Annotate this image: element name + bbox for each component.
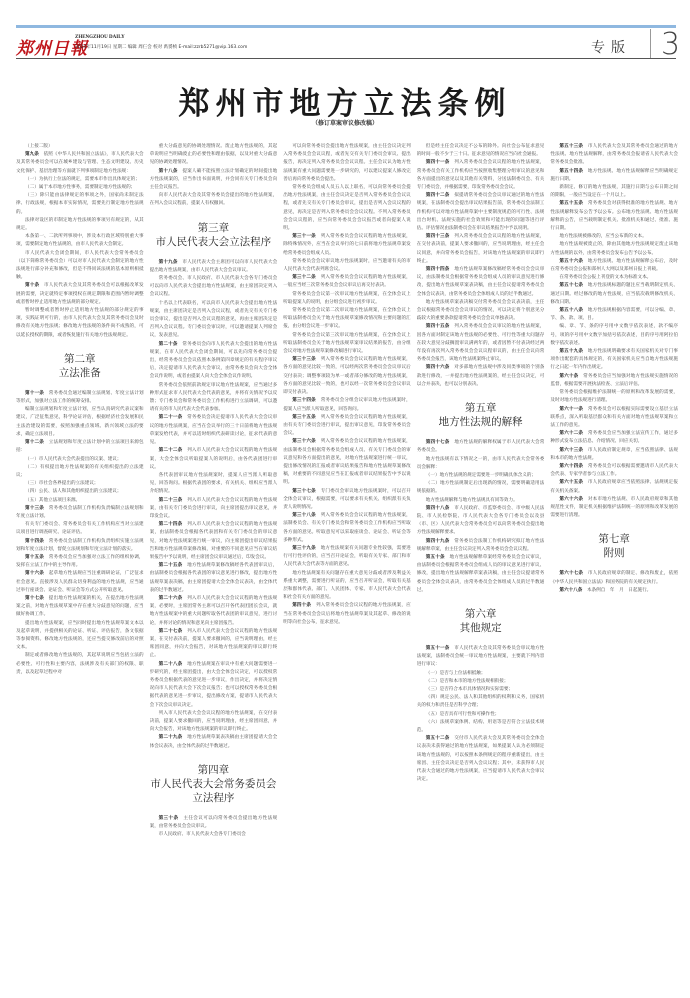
article-paragraph: 地方性法规被修改的，应当公布新的文本。 (550, 233, 678, 241)
article-paragraph: 第六十条 常务委员会应当加强对地方性法规实施情况的监督，根据需要开展执法检查、立… (550, 373, 678, 389)
article-text: 本条第一、二款所列事项中，涉及本行政区域特别重大事项，需要制定地方性法规的，由市… (16, 234, 144, 247)
masthead: 郑州日報 ZHENGZHOU DAILY 2024年11月19日 星期二 编辑 … (16, 29, 676, 59)
article-paragraph: 第四十六条 对多部地方性法规中涉及同类事项的个别条款进行修改，一并提出地方性法规… (417, 364, 545, 389)
article-paragraph: （一）地方性法规的规定需要进一步明确具体含义的； (417, 472, 545, 480)
article-paragraph: （一）为执行上位法的规定，需要本市作出具体规定的； (16, 176, 144, 184)
article-text: 可以向常务委员会提出地方性法规案，由主任会议决定列入常务委员会会议议程，或者先交… (283, 144, 411, 182)
article-number: 第二十四条 (159, 522, 188, 527)
article-text: 常务委员会会议第三次审议地方性法规案，在全体会议上听取法制委员会关于地方性法规草… (283, 333, 411, 354)
article-number: 第六十四条 (559, 464, 588, 469)
article-text: 常务委员会会议第二次审议地方性法规案，在全体会议上听取法制委员会关于地方性法规草… (283, 308, 411, 329)
article-paragraph: 第五十九条 地方性法规明确要求有关国家机关对专门事项作出配套的具体规定的，有关国… (550, 348, 678, 373)
article-number: 第十九条 (159, 260, 183, 265)
article-number: 第三十八条 (292, 513, 321, 518)
article-number: 第三十七条 (292, 489, 321, 494)
article-paragraph: 第十九条 市人民代表大会主席团可以向市人民代表大会提出地方性法规案，由市人民代表… (150, 259, 278, 275)
article-text: 常务委员会根据维护法制统一的原则和改革发展的需要，及时对地方性法规进行清理。 (550, 390, 678, 403)
article-paragraph: （三）市社会各界提出的立法建议； (16, 480, 144, 488)
article-paragraph: 第二十六条 列入市人民代表大会会议议程的地方性法规案，必要时，主席团常务主席可以… (150, 595, 278, 628)
article-text: 各代表团审议地方性法规案时，提案人应当派人听取意见，回答询问。根据代表团的要求，… (150, 473, 278, 494)
article-number: 第三十二条 (292, 275, 321, 280)
article-number: 第六十六条 (559, 497, 588, 502)
article-text: （三）是否符合本市具体情况和实际需要； (426, 687, 513, 692)
article-number: 第五十七条 (559, 283, 588, 288)
article-text: （一）是否与上位法相抵触； (426, 671, 486, 676)
article-paragraph: 第五十八条 地方性法规根据内容需要，可以分编、章、节、条、款、项、目。 (550, 307, 678, 323)
chapter-number: 第四章 (150, 763, 278, 777)
article-paragraph: 第二十条 常务委员会向市人民代表大会提出的地方性法规案，在市人民代表大会闭会期间… (150, 341, 278, 382)
article-paragraph: 有关专门委员会、常务委员会有关工作机构应当对立法建议项目进行调查研究、论证评估。 (16, 521, 144, 537)
article-number: 第五十八条 (559, 308, 588, 313)
article-paragraph: 第二十九条 地方性法规草案表决稿由主席团提请大会全体会议表决，由全体代表的过半数… (150, 734, 278, 750)
article-number: 第六十二条 (559, 431, 588, 436)
article-paragraph: 第二十五条 地方性法规草案修改稿经各代表团审议后，由法制委员会根据各代表团的审议… (150, 562, 278, 595)
article-text: （三）市社会各界提出的立法建议； (25, 481, 99, 486)
article-text: 十名以上代表联名，可以向市人民代表大会提出地方性法规案，由主席团决定是否列入会议… (150, 301, 278, 339)
article-paragraph: 第五十五条 常务委员会对获得批准的地方性法规、地方性法规解释发布公告予以公布。公… (550, 200, 678, 233)
article-text: （二）有权提出地方性法规案的有关组织提出的立法建议； (16, 465, 144, 478)
article-paragraph: （三）除只能由法律规定的事项之外，国家尚未制定法律、行政法规，根据本市实际情况，… (16, 192, 144, 217)
article-paragraph: 暂时调整或者暂时停止适用地方性法规的部分规定的事项，实践证明可行的，由市人民代表… (16, 307, 144, 340)
article-number: 第五十一条 (426, 646, 455, 651)
article-column-5: 第五十三条 市人民代表大会及其常务委员会通过的地方性法规、地方性法规解释，由常务… (550, 143, 678, 993)
article-column-3: 可以向常务委员会提出地方性法规案，由主任会议决定列入常务委员会会议议程，或者先交… (283, 143, 411, 993)
article-paragraph: 第四十五条 列入常务委员会会议审议的地方性法规案，因各方面对制定该地方性法规的必… (417, 323, 545, 364)
chapter-title: 附则 (550, 546, 678, 560)
article-paragraph: 常务委员会依照前款规定审议地方性法规案，应当通过多种形式征求市人民代表大会代表的… (150, 382, 278, 415)
article-paragraph: 第六十四条 常务委员会可以根据需要邀请市人民代表大会代表、专家学者参与立法工作。 (550, 463, 678, 479)
article-paragraph: 第十五条 常务委员会应当加强对立法工作的组织协调，发挥在立法工作中的主导作用。 (16, 554, 144, 570)
article-paragraph: （一）是否与上位法相抵触； (417, 670, 545, 678)
article-paragraph: 第五十一条 市人民代表大会及其常务委员会审议地方性法规案，法制委员会统一审议地方… (417, 645, 545, 670)
article-paragraph: 常务委员会会议第三次审议地方性法规案，在全体会议上听取法制委员会关于地方性法规草… (283, 332, 411, 357)
article-text: 提出地方性法规案，应当同时提出地方性法规草案文本以及起草说明，并提供相关的论证、… (16, 621, 144, 651)
chapter-heading: 第三章市人民代表大会立法程序 (150, 221, 278, 249)
article-text: 地方性法规案有关问题存在重大意见分歧或者涉及利益关系重大调整，需要进行听证的，应… (283, 571, 411, 601)
article-paragraph: 第三十四条 常务委员会分组会议审议地方性法规案时，提案人应当派人听取意见，回答询… (283, 397, 411, 413)
article-paragraph: 第五十六条 地方性法规、地方性法规解释公布后，及时在常务委员会公报和郑州人大网以… (550, 258, 678, 274)
newspaper-english-name: ZHENGZHOU DAILY (75, 35, 125, 40)
article-number: 第三十五条 (292, 415, 321, 420)
article-paragraph: 第四十七条 地方性法规的解释权属于市人民代表大会常务委员会。 (417, 439, 545, 455)
article-text: 常务委员会依照前款规定审议地方性法规案，应当通过多种形式征求市人民代表大会代表的… (150, 383, 278, 413)
article-paragraph: 法律对设区的市制定地方性法规的事项另有规定的，从其规定。 (16, 217, 144, 233)
article-paragraph: 市人民政府、市人民代表大会各专门委员会 (150, 831, 278, 839)
article-text: 常务委员会组成人员五人以上联名，可以向常务委员会提出地方性法规案，由主任会议决定… (283, 185, 411, 231)
article-number: 第四十九条 (426, 539, 455, 544)
article-text: 制定或者修改地方性法规的，其起草说明应当包括立法的必要性、可行性和主要内容，法规… (16, 653, 144, 674)
article-paragraph: （三）是否符合本市具体情况和实际需要； (417, 686, 545, 694)
article-paragraph: 第六十八条 本条例自 年 月 日起施行。 (550, 587, 678, 595)
article-paragraph: 市人民代表大会闭会期间，市人民代表大会常务委员会（以下简称常务委员会）可以对市人… (16, 250, 144, 283)
article-number: 第二十条 (159, 342, 183, 347)
article-number: 第四十三条 (426, 234, 455, 239)
article-text: 常务委员会、市人民政府、市人民代表大会各专门委员会可以向市人民代表大会提出地方性… (150, 276, 278, 297)
article-paragraph: 常务委员会会议第一次审议地方性法规案，在全体会议上听取提案人的说明，由分组会议进… (283, 291, 411, 307)
article-number: 第六十八条 (559, 588, 587, 593)
article-paragraph: 第十八条 提案人确不能按照立法计划确定的时间提出地方性法规案的，应当作出书面说明… (150, 168, 278, 193)
chapter-heading: 第四章市人民代表大会常务委员会立法程序 (150, 763, 278, 805)
article-text: 编制立法规划和年度立法计划，应当认真研究代表议案和建议，广泛征集意见，科学论证评… (16, 407, 144, 437)
article-paragraph: 第十二条 立法规划和年度立法计划中的立法项目来源包括： (16, 439, 144, 455)
article-paragraph: 第五十四条 地方性法规、地方性法规解释应当明确规定施行日期。 (550, 168, 678, 184)
article-number: 第十三条 (25, 506, 49, 511)
article-paragraph: 第三十九条 地方性法规案有关问题专业性较强，需要进行可行性评价的，应当召开论证会… (283, 545, 411, 570)
article-text: 地方性法规解释与地方性法规具有同等效力。 (426, 498, 518, 503)
article-paragraph: 地方性法规有以下情况之一的，由市人民代表大会常务委员会解释： (417, 456, 545, 472)
article-paragraph: 第三十一条 列入常务委员会会议议程的地方性法规案，除特殊情况外，应当在会议举行的… (283, 233, 411, 258)
article-number: 第二十一条 (159, 415, 188, 420)
article-paragraph: 制定或者修改地方性法规的，其起草说明应当包括立法的必要性、可行性和主要内容，法规… (16, 652, 144, 677)
article-number: 第五十条 (426, 555, 450, 560)
article-paragraph: 第三十六条 列入常务委员会会议议程的地方性法规案，由法制委员会根据常务委员会组成… (283, 438, 411, 487)
article-paragraph: 第五十三条 市人民代表大会及其常务委员会通过的地方性法规、地方性法规解释，由常务… (550, 143, 678, 168)
article-text: （上接二版） (25, 144, 53, 149)
article-text: （四）规定公民、法人和其他组织的权利和义务，国家机关的权力和责任是否科学合理； (417, 695, 545, 708)
article-text: 但是经主任会议决定不公布的除外。向社会公布征求意见的时间一般不少于三十日。征求意… (417, 144, 545, 157)
article-text: （五）是否具有可行性和可操作性； (426, 712, 500, 717)
article-text: （二）是否和本市的地方性法规相衔接； (426, 679, 509, 684)
article-paragraph: 第五十二条 交付市人民代表大会及其常务委员会全体会议表决未获得通过的地方性法规案… (417, 735, 545, 784)
article-paragraph: 第四十九条 常务委员会法制工作机构研究拟订地方性法规解释草案，由主任会议决定列入… (417, 538, 545, 554)
article-paragraph: 第四十一条 列入常务委员会会议议程的地方性法规案，常务委员会有关工作机构应当按照… (417, 159, 545, 192)
article-paragraph: （上接二版） (16, 143, 144, 151)
article-paragraph: 第三十五条 列入常务委员会会议议程的地方性法规案，由有关专门委员会进行审议，提出… (283, 414, 411, 439)
article-text: 交付市人民代表大会及其常务委员会全体会议表决未获得通过的地方性法规案，如果提案人… (417, 736, 545, 782)
article-paragraph: 第二十一条 常务委员会决定提请市人民代表大会会议审议的地方性法规案，应当在会议举… (150, 414, 278, 447)
masthead-top-rule (16, 25, 676, 28)
page-divider (650, 29, 651, 58)
article-number: 第五十二条 (426, 736, 455, 741)
article-paragraph: 编制立法规划和年度立法计划，应当认真研究代表议案和建议，广泛征集意见，科学论证评… (16, 406, 144, 439)
article-number: 第五十九条 (559, 349, 588, 354)
chapter-title: 地方性法规的解释 (417, 415, 545, 429)
article-paragraph: 列入市人民代表大会会议议程的地方性法规案，在交付表决前，提案人要求撤回的，应当说… (150, 710, 278, 735)
article-column-4: 但是经主任会议决定不公布的除外。向社会公布征求意见的时间一般不少于三十日。征求意… (417, 143, 545, 993)
article-paragraph: 第四十三条 列入常务委员会会议议程的地方性法规案，在交付表决前，提案人要求撤回的… (417, 233, 545, 266)
chapter-number: 第二章 (16, 352, 144, 366)
article-text: 地方性法规案在审议中有重大问题需要进一步研究的，经主席团提出，由大会全体会议决定… (150, 662, 278, 708)
article-number: 第三十六条 (292, 439, 321, 444)
article-paragraph: （五）其他立法项目来源。 (16, 497, 144, 505)
article-paragraph: 第四十条 列入常务委员会会议议程的地方性法规案，应当在常务委员会会议后将地方性法… (283, 602, 411, 627)
article-number: 第十一条 (25, 391, 49, 396)
article-number: 第三十一条 (292, 234, 321, 239)
article-columns: （上接二版）第九条 依照《中华人民共和国立法法》，市人民代表大会及其常务委员会可… (16, 143, 678, 993)
article-number: 第十条 (25, 283, 44, 288)
article-text: （二）属于本市地方性事务，需要制定地方性法规的； (25, 185, 135, 190)
article-number: 第四十六条 (426, 365, 455, 370)
article-paragraph: 第六十六条 对本市地方性法规、市人民政府规章和其他规范性文件，制定机关根据维护法… (550, 496, 678, 521)
article-paragraph: 在常务委员会公报上刊登的文本为标准文本。 (550, 274, 678, 282)
headline-title: 郑州市地方立法条例 (0, 78, 690, 123)
article-paragraph: 向市人民代表大会及其常务委员会提出的地方性法规案，在列入会议议程前，提案人有权撤… (150, 192, 278, 208)
article-number: 第五十三条 (559, 144, 588, 149)
article-paragraph: 第三十七条 专门委员会审议地方性法规案时，可以召开全体会议审议，根据需要，可以要… (283, 488, 411, 513)
article-paragraph: 地方性法规解释与地方性法规具有同等效力。 (417, 497, 545, 505)
article-paragraph: （四）规定公民、法人和其他组织的权利和义务，国家机关的权力和责任是否科学合理； (417, 694, 545, 710)
page-number: 3 (661, 27, 680, 62)
article-text: 暂时调整或者暂时停止适用地方性法规的部分规定的事项，实践证明可行的，由市人民代表… (16, 308, 144, 338)
article-number: 第四十条 (292, 603, 316, 608)
article-text: （四）公民、法人和其他组织提出的立法建议； (25, 489, 121, 494)
article-paragraph: 第三十三条 列入常务委员会会议议程的地方性法规案，各方面的意见比较一致的，可以经… (283, 356, 411, 397)
article-paragraph: 第九条 依照《中华人民共和国立法法》，市人民代表大会及其常务委员会可以在城乡建设… (16, 151, 144, 176)
article-number: 第四十四条 (426, 267, 455, 272)
article-paragraph: 第十六条 起草地方性法规应当注重调研论证，广泛征求社会意见。直接涉及人民群众切身… (16, 570, 144, 595)
article-paragraph: 各代表团审议地方性法规案时，提案人应当派人听取意见，回答询问。根据代表团的要求，… (150, 472, 278, 497)
chapter-heading: 第七章附则 (550, 532, 678, 560)
article-number: 第二十五条 (159, 563, 188, 568)
chapter-number: 第六章 (417, 607, 545, 621)
article-text: 重大分歧意见的协调处理情况。废止地方性法规的，其起草说明应当明确废止的必要性和理… (150, 144, 278, 165)
article-text: 市人民政府、市人民代表大会各专门委员会 (159, 832, 246, 837)
article-text: （二）地方性法规制定后出现新的情况，需要明确适用法规依据的。 (417, 481, 545, 494)
article-paragraph: 第二十八条 地方性法规案在审议中有重大问题需要进一步研究的，经主席团提出，由大会… (150, 661, 278, 710)
article-number: 第三十条 (159, 816, 184, 821)
article-paragraph: 可以向常务委员会提出地方性法规案，由主任会议决定列入常务委员会会议议程，或者先交… (283, 143, 411, 184)
chapter-title: 市人民代表大会立法程序 (150, 235, 278, 249)
article-paragraph: 地方性法规草案表决稿交付常务委员会会议表决前，主任会议根据常务委员会会议审议的情… (417, 299, 545, 324)
article-text: 本条例自 年 月 日起施行。 (587, 588, 651, 593)
article-text: 地方性法规解释草案经常务委员会会议审议，由法制委员会根据常务委员会组成人员的审议… (417, 555, 545, 593)
article-text: （一）为执行上位法的规定，需要本市作出具体规定的； (25, 177, 140, 182)
article-paragraph: 常务委员会组成人员五人以上联名，可以向常务委员会提出地方性法规案，由主任会议决定… (283, 184, 411, 233)
article-paragraph: （四）公民、法人和其他组织提出的立法建议； (16, 488, 144, 496)
chapter-heading: 第六章其他规定 (417, 607, 545, 635)
article-paragraph: 第二十四条 列入市人民代表大会会议议程的地方性法规案，由法制委员会根据各代表团和… (150, 521, 278, 562)
article-paragraph: （二）地方性法规制定后出现新的情况，需要明确适用法规依据的。 (417, 480, 545, 496)
article-column-1: （上接二版）第九条 依照《中华人民共和国立法法》，市人民代表大会及其常务委员会可… (16, 143, 144, 993)
article-text: 列入常务委员会会议审议的地方性法规案，因各方面对制定该地方性法规的必要性、可行性… (417, 324, 545, 362)
article-paragraph: 第十四条 常务委员会法制工作机构负责组织实施立法规划和年度立法计划，督促立法规划… (16, 538, 144, 554)
article-number: 第九条 (25, 152, 44, 157)
article-paragraph: 第二十七条 列入市人民代表大会会议议程的地方性法规案，在交付表决前，提案人要求撤… (150, 628, 278, 661)
article-paragraph: 常务委员会会议第二次审议地方性法规案，在全体会议上听取法制委员会关于地方性法规草… (283, 307, 411, 332)
article-text: （六）法规草案体例、结构、用语等是否符合立法技术规范。 (417, 720, 545, 733)
article-paragraph: 第十七条 提出地方性法规案的机关，在提出地方性法规案之前，对地方性法规草案中存在… (16, 595, 144, 620)
article-paragraph: （一）市人民代表大会代表提出的议案、建议； (16, 456, 144, 464)
article-column-2: 重大分歧意见的协调处理情况。废止地方性法规的，其起草说明应当明确废止的必要性和理… (150, 143, 278, 993)
article-number: 第十四条 (25, 539, 49, 544)
chapter-heading: 第二章立法准备 (16, 352, 144, 380)
article-number: 第十五条 (25, 555, 49, 560)
article-paragraph: 第六十三条 市人民政府制定规章，应当依照法律、法规和本市的地方性法规。 (550, 447, 678, 463)
article-paragraph: （二）是否和本市的地方性法规相衔接； (417, 678, 545, 686)
chapter-title: 立法准备 (16, 366, 144, 380)
article-text: （三）除只能由法律规定的事项之外，国家尚未制定法律、行政法规，根据本市实际情况，… (16, 193, 144, 214)
article-text: 拟提请常务委员会会议审议通过的地方性法规案，在法制委员会提出审议结果报告前，常务… (417, 193, 545, 231)
article-paragraph: 第六十七条 市人民政府规章的制定、修改和废止，依照《中华人民共和国立法法》和国务… (550, 570, 678, 586)
article-number: 第三十四条 (292, 398, 321, 403)
section-label: 专版 (591, 37, 631, 57)
article-text: 市人民代表大会闭会期间，市人民代表大会常务委员会（以下简称常务委员会）可以对市人… (16, 251, 144, 281)
article-text: 列入市人民代表大会会议议程的地方性法规案，在交付表决前，提案人要求撤回的，应当说… (150, 711, 278, 732)
article-paragraph: 第十一条 常务委员会通过编制立法规划、年度立法计划等形式，加强对立法工作的统筹安… (16, 390, 144, 406)
article-number: 第六十条 (559, 374, 583, 379)
article-paragraph: 第五十七条 地方性法规标题的题注应当载明制定机关、通过日期。经过修改的地方性法规… (550, 282, 678, 307)
article-paragraph: 第十三条 常务委员会法制工作机构负责编制立法规划和年度立法计划。 (16, 505, 144, 521)
article-paragraph: 第三十二条 列入常务委员会会议议程的地方性法规案，一般应当经三次常务委员会会议审… (283, 274, 411, 290)
article-paragraph: 本条第一、二款所列事项中，涉及本行政区域特别重大事项，需要制定地方性法规的，由市… (16, 233, 144, 249)
article-text: 常务委员会会议审议地方性法规案时，应当邀请有关的市人民代表大会代表列席会议。 (283, 259, 411, 272)
chapter-title: 其他规定 (417, 621, 545, 635)
article-paragraph: 常务委员会、市人民政府、市人民代表大会各专门委员会可以向市人民代表大会提出地方性… (150, 275, 278, 300)
chapter-heading: 第五章地方性法规的解释 (417, 401, 545, 429)
headline-subtitle: （修订草案审议修改稿） (0, 118, 690, 127)
article-number: 第二十九条 (159, 735, 188, 740)
article-paragraph: 第四十四条 地方性法规草案修改稿经常务委员会会议审议，由法制委员会根据常务委员会… (417, 266, 545, 299)
article-paragraph: 第十条 市人民代表大会及其常务委员会可以根据改革发展的需要，决定就特定事项授权在… (16, 282, 144, 307)
article-text: 法律对设区的市制定地方性法规的事项另有规定的，从其规定。 (16, 218, 144, 231)
article-number: 第四十五条 (426, 324, 455, 329)
article-text: 地方性法规有以下情况之一的，由市人民代表大会常务委员会解释： (417, 457, 545, 470)
article-text: 有关专门委员会、常务委员会有关工作机构应当对立法建议项目进行调查研究、论证评估。 (16, 522, 144, 535)
article-paragraph: （六）法规草案体例、结构、用语等是否符合立法技术规范。 (417, 719, 545, 735)
article-number: 第四十七条 (426, 440, 455, 445)
article-number: 第三十九条 (292, 546, 321, 551)
article-number: 第六十七条 (559, 571, 588, 576)
article-paragraph: 第六十二条 常务委员会应当加强立法宣传工作，通过多种形式发布立法信息、介绍情况、… (550, 430, 678, 446)
article-text: 地方性法规被废止的，除由其他地方性法规规定废止该地方性法规的以外，由常务委员会发… (550, 242, 678, 255)
article-paragraph: 第三十八条 列入常务委员会会议议程的地方性法规案，法制委员会、有关专门委员会和常… (283, 512, 411, 545)
article-number: 第六十一条 (559, 407, 588, 412)
article-paragraph: 重大分歧意见的协调处理情况。废止地方性法规的，其起草说明应当明确废止的必要性和理… (150, 143, 278, 168)
article-number: 第十六条 (25, 571, 49, 576)
article-paragraph: 但是经主任会议决定不公布的除外。向社会公布征求意见的时间一般不少于三十日。征求意… (417, 143, 545, 159)
chapter-number: 第七章 (550, 532, 678, 546)
article-number: 第二十八条 (159, 662, 188, 667)
chapter-number: 第五章 (417, 401, 545, 415)
article-number: 第十七条 (25, 596, 49, 601)
article-number: 第十八条 (159, 169, 183, 174)
article-paragraph: 编、章、节、条的序号用中文数字依次表述，款不编序号，项的序号用中文数字加括号依次… (550, 323, 678, 348)
article-number: 第六十三条 (559, 448, 588, 453)
article-paragraph: 十名以上代表联名，可以向市人民代表大会提出地方性法规案，由主席团决定是否列入会议… (150, 300, 278, 341)
article-paragraph: 第四十二条 拟提请常务委员会会议审议通过的地方性法规案，在法制委员会提出审议结果… (417, 192, 545, 233)
article-number: 第四十一条 (426, 160, 455, 165)
article-number: 第六十五条 (559, 480, 588, 485)
article-number: 第二十六条 (159, 596, 188, 601)
article-number: 第三十三条 (292, 357, 321, 362)
article-paragraph: （二）有权提出地方性法规案的有关组织提出的立法建议； (16, 464, 144, 480)
chapter-title: 市人民代表大会常务委员会立法程序 (150, 777, 278, 805)
article-number: 第五十六条 (559, 259, 588, 264)
article-paragraph: （五）是否具有可行性和可操作性； (417, 711, 545, 719)
article-paragraph: 第三十条 主任会议可以向常务委员会提出地方性法规案，由常务委员会会议审议。 (150, 815, 278, 831)
article-paragraph: 第二十三条 列入市人民代表大会会议议程的地方性法规案，由有关专门委员会进行审议，… (150, 497, 278, 522)
article-paragraph: 地方性法规案有关问题存在重大意见分歧或者涉及利益关系重大调整，需要进行听证的，应… (283, 570, 411, 603)
article-text: 在常务委员会公报上刊登的文本为标准文本。 (559, 275, 651, 280)
article-text: 地方性法规草案表决稿交付常务委员会会议表决前，主任会议根据常务委员会会议审议的情… (417, 300, 545, 321)
article-number: 第四十八条 (426, 506, 455, 511)
article-paragraph: 第六十一条 常务委员会可以根据实际需要设立基层立法联系点，深入听取基层群众和有关… (550, 406, 678, 431)
article-paragraph: 新制定、修订的地方性法规，其施行日期与公布日期之间的期限，一般应当设定在一个月以… (550, 184, 678, 200)
article-text: （一）地方性法规的规定需要进一步明确具体含义的； (426, 473, 536, 478)
article-number: 第十二条 (25, 440, 49, 445)
article-paragraph: 第二十二条 列入市人民代表大会会议议程的地方性法规案，大会全体会议听取提案人的说… (150, 447, 278, 472)
article-paragraph: 常务委员会会议审议地方性法规案时，应当邀请有关的市人民代表大会代表列席会议。 (283, 258, 411, 274)
article-paragraph: （二）属于本市地方性事务，需要制定地方性法规的； (16, 184, 144, 192)
article-number: 第四十二条 (426, 193, 455, 198)
article-number: 第五十五条 (559, 201, 588, 206)
date-editor-line: 2024年11月19日 星期二 编辑 周仨会 校对 禹赟桢 E-mail:zzr… (75, 44, 247, 50)
article-text: 列入常务委员会会议议程的地方性法规案，各方面的意见比较一致的，可以经两次常务委员… (283, 357, 411, 395)
article-text: 列入常务委员会会议议程的地方性法规案，由法制委员会根据常务委员会组成人员、有关专… (283, 439, 411, 485)
article-paragraph: 第四十八条 市人民政府、市监察委员会、市中级人民法院、市人民检察院、市人民代表大… (417, 505, 545, 538)
article-paragraph: 第五十条 地方性法规解释草案经常务委员会会议审议，由法制委员会根据常务委员会组成… (417, 554, 545, 595)
article-text: 地方性法规被修改的，应当公布新的文本。 (559, 234, 646, 239)
article-paragraph: 地方性法规被废止的，除由其他地方性法规规定废止该地方性法规的以外，由常务委员会发… (550, 241, 678, 257)
article-text: 向市人民代表大会及其常务委员会提出的地方性法规案，在列入会议议程前，提案人有权撤… (150, 193, 278, 206)
article-paragraph: 第六十五条 市人民政府规章应当依照法律、法规规定报有关机关备案。 (550, 479, 678, 495)
article-text: 编、章、节、条的序号用中文数字依次表述，款不编序号，项的序号用中文数字加括号依次… (550, 324, 678, 345)
article-text: 新制定、修订的地方性法规，其施行日期与公布日期之间的期限，一般应当设定在一个月以… (550, 185, 678, 198)
article-number: 第二十二条 (159, 448, 188, 453)
article-text: 列入市人民代表大会会议议程的地方性法规案，由法制委员会根据各代表团和有关专门委员… (150, 522, 278, 560)
article-number: 第二十七条 (159, 629, 188, 634)
article-number: 第二十三条 (159, 498, 188, 503)
article-paragraph: 常务委员会根据维护法制统一的原则和改革发展的需要，及时对地方性法规进行清理。 (550, 389, 678, 405)
chapter-number: 第三章 (150, 221, 278, 235)
article-text: （五）其他立法项目来源。 (25, 498, 80, 503)
article-text: 常务委员会向市人民代表大会提出的地方性法规案，在市人民代表大会闭会期间，可以先向… (150, 342, 278, 380)
article-paragraph: 提出地方性法规案，应当同时提出地方性法规草案文本以及起草说明，并提供相关的论证、… (16, 620, 144, 653)
article-text: 常务委员会会议第一次审议地方性法规案，在全体会议上听取提案人的说明，由分组会议进… (283, 292, 411, 305)
article-text: （一）市人民代表大会代表提出的议案、建议； (25, 457, 121, 462)
article-number: 第五十四条 (559, 169, 588, 174)
